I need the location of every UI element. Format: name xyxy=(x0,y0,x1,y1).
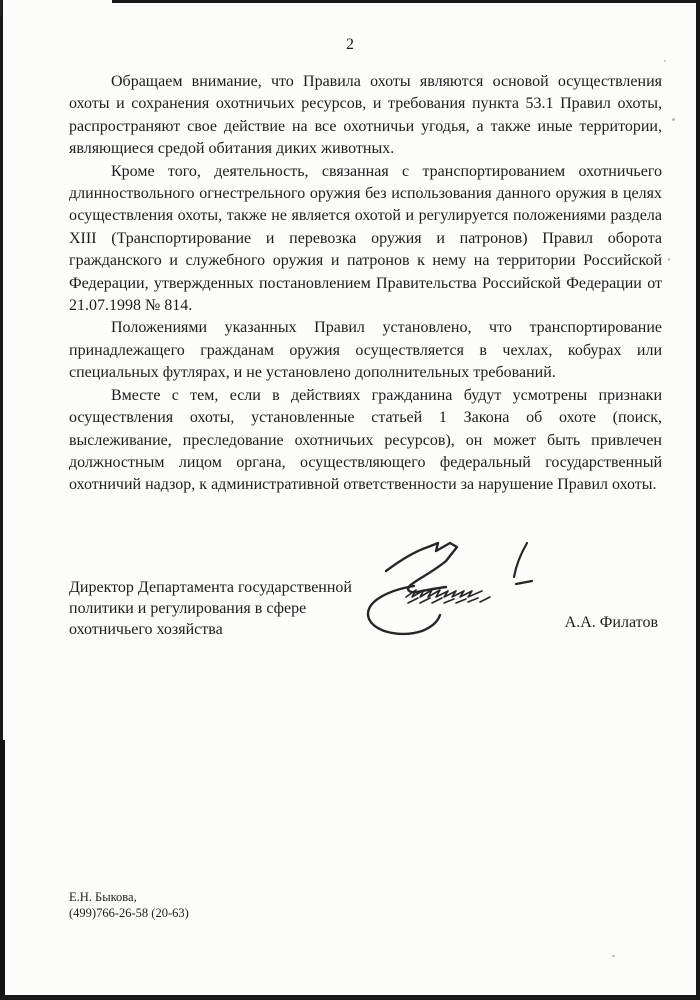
paragraph-2: Кроме того, деятельность, связанная с тр… xyxy=(69,161,662,318)
document-body: Обращаем внимание, что Правила охоты явл… xyxy=(69,71,662,497)
page-number: 2 xyxy=(0,36,700,54)
signatory-title-line-2: политики и регулирования в сфере xyxy=(69,598,352,619)
signatory-name: А.А. Филатов xyxy=(565,614,658,632)
paragraph-4: Вместе с тем, если в действиях гражданин… xyxy=(69,385,662,497)
handwritten-signature-icon xyxy=(350,533,550,645)
scan-speck xyxy=(664,60,666,62)
scan-edge-right xyxy=(696,0,700,1000)
executor-phone: (499)766-26-58 (20-63) xyxy=(69,905,189,921)
scan-speck xyxy=(672,118,675,121)
executor-contact: Е.Н. Быкова, (499)766-26-58 (20-63) xyxy=(69,889,189,921)
paragraph-3: Положениями указанных Правил установлено… xyxy=(69,317,662,384)
signatory-title-line-3: охотничьего хозяйства xyxy=(69,619,352,640)
scan-edge-bottom xyxy=(0,995,700,1000)
signatory-title: Директор Департамента государственной по… xyxy=(69,577,352,640)
scan-speck xyxy=(612,955,615,957)
scan-edge-left-lower xyxy=(0,740,5,1000)
scan-speck xyxy=(668,258,670,261)
executor-name: Е.Н. Быкова, xyxy=(69,889,189,905)
paragraph-1: Обращаем внимание, что Правила охоты явл… xyxy=(69,71,662,161)
scan-corner-mark xyxy=(0,0,2,16)
scan-edge-top xyxy=(112,0,700,3)
signatory-title-line-1: Директор Департамента государственной xyxy=(69,577,352,598)
scanned-document-page: 2 Обращаем внимание, что Правила охоты я… xyxy=(0,0,700,1000)
